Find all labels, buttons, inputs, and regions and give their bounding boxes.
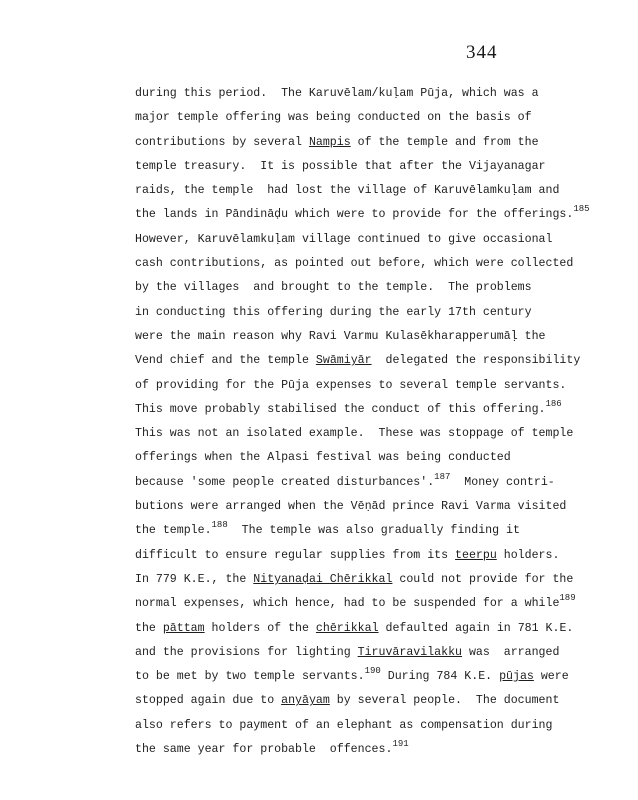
text-segment: holders of the — [205, 622, 316, 635]
text-line: the pāttam holders of the chērikkal defa… — [135, 617, 615, 641]
text-segment: holders. — [497, 549, 560, 562]
footnote-marker: 186 — [546, 399, 562, 409]
text-segment: could not provide for the — [392, 573, 573, 586]
text-line: and the provisions for lighting Tiruvāra… — [135, 641, 615, 665]
text-line: difficult to ensure regular supplies fro… — [135, 544, 615, 568]
text-segment: However, Karuvēlamkuḷam village continue… — [135, 233, 552, 246]
underlined-term: chērikkal — [316, 622, 379, 635]
text-line: temple treasury. It is possible that aft… — [135, 155, 615, 179]
body-text: during this period. The Karuvēlam/kuḷam … — [135, 82, 615, 762]
text-segment: offerings when the Alpasi festival was b… — [135, 451, 511, 464]
text-line: the temple.188 The temple was also gradu… — [135, 519, 615, 543]
text-segment: were — [534, 670, 569, 683]
text-segment: were the main reason why Ravi Varmu Kula… — [135, 330, 546, 343]
text-line: the same year for probable offences.191 — [135, 738, 615, 762]
text-line: were the main reason why Ravi Varmu Kula… — [135, 325, 615, 349]
text-line: However, Karuvēlamkuḷam village continue… — [135, 228, 615, 252]
footnote-marker: 185 — [573, 204, 589, 214]
footnote-marker: 188 — [212, 520, 228, 530]
text-segment: the lands in Pāndināḍu which were to pro… — [135, 208, 573, 221]
text-segment: contributions by several — [135, 136, 309, 149]
text-segment: In 779 K.E., the — [135, 573, 253, 586]
text-line: the lands in Pāndināḍu which were to pro… — [135, 203, 615, 227]
underlined-term: Tiruvāravilakku — [358, 646, 462, 659]
text-line: normal expenses, which hence, had to be … — [135, 592, 615, 616]
text-line: in conducting this offering during the e… — [135, 301, 615, 325]
text-line: This move probably stabilised the conduc… — [135, 398, 615, 422]
text-line: because 'some people created disturbance… — [135, 471, 615, 495]
text-segment: in conducting this offering during the e… — [135, 306, 532, 319]
text-line: In 779 K.E., the Nityanaḍai Chērikkal co… — [135, 568, 615, 592]
text-segment: of the temple and from the — [351, 136, 539, 149]
underlined-term: teerpu — [455, 549, 497, 562]
text-line: raids, the temple had lost the village o… — [135, 179, 615, 203]
footnote-marker: 189 — [559, 593, 575, 603]
text-segment: the same year for probable offences. — [135, 743, 392, 756]
text-segment: defaulted again in 781 K.E. — [379, 622, 574, 635]
footnote-marker: 190 — [365, 666, 381, 676]
text-segment: The temple was also gradually finding it — [228, 524, 520, 537]
text-segment: was arranged — [462, 646, 559, 659]
text-segment: the temple. — [135, 524, 212, 537]
text-segment: major temple offering was being conducte… — [135, 111, 532, 124]
text-line: contributions by several Nampis of the t… — [135, 131, 615, 155]
text-line: by the villages and brought to the templ… — [135, 276, 615, 300]
text-segment: the — [135, 622, 163, 635]
text-line: of providing for the Pūja expenses to se… — [135, 374, 615, 398]
text-segment: and the provisions for lighting — [135, 646, 358, 659]
text-segment: by several people. The document — [330, 694, 560, 707]
document-page: 344 during this period. The Karuvēlam/ku… — [0, 0, 638, 800]
footnote-marker: 187 — [434, 472, 450, 482]
text-segment: raids, the temple had lost the village o… — [135, 184, 559, 197]
text-segment: difficult to ensure regular supplies fro… — [135, 549, 455, 562]
text-segment: by the villages and brought to the templ… — [135, 281, 532, 294]
text-segment: Vend chief and the temple — [135, 354, 316, 367]
text-segment: also refers to payment of an elephant as… — [135, 719, 552, 732]
text-segment: normal expenses, which hence, had to be … — [135, 597, 559, 610]
text-segment: cash contributions, as pointed out befor… — [135, 257, 573, 270]
text-segment: of providing for the Pūja expenses to se… — [135, 379, 566, 392]
text-segment: This move probably stabilised the conduc… — [135, 403, 546, 416]
text-segment: temple treasury. It is possible that aft… — [135, 160, 546, 173]
text-segment: delegated the responsibility — [372, 354, 581, 367]
underlined-term: pūjas — [499, 670, 534, 683]
text-segment: stopped again due to — [135, 694, 281, 707]
text-line: This was not an isolated example. These … — [135, 422, 615, 446]
text-line: stopped again due to anyāyam by several … — [135, 689, 615, 713]
footnote-marker: 191 — [392, 739, 408, 749]
text-line: to be met by two temple servants.190 Dur… — [135, 665, 615, 689]
underlined-term: Swāmiyār — [316, 354, 372, 367]
text-line: cash contributions, as pointed out befor… — [135, 252, 615, 276]
underlined-term: Nampis — [309, 136, 351, 149]
text-line: offerings when the Alpasi festival was b… — [135, 446, 615, 470]
underlined-term: anyāyam — [281, 694, 330, 707]
text-line: during this period. The Karuvēlam/kuḷam … — [135, 82, 615, 106]
text-line: also refers to payment of an elephant as… — [135, 714, 615, 738]
underlined-term: pāttam — [163, 622, 205, 635]
text-segment: This was not an isolated example. These … — [135, 427, 573, 440]
text-segment: During 784 K.E. — [381, 670, 499, 683]
text-segment: Money contri- — [450, 476, 554, 489]
text-segment: during this period. The Karuvēlam/kuḷam … — [135, 87, 539, 100]
page-number: 344 — [466, 42, 498, 64]
text-segment: to be met by two temple servants. — [135, 670, 365, 683]
text-line: major temple offering was being conducte… — [135, 106, 615, 130]
text-segment: because 'some people created disturbance… — [135, 476, 434, 489]
text-segment: butions were arranged when the Vēṇād pri… — [135, 500, 566, 513]
text-line: Vend chief and the temple Swāmiyār deleg… — [135, 349, 615, 373]
text-line: butions were arranged when the Vēṇād pri… — [135, 495, 615, 519]
underlined-term: Nityanaḍai Chērikkal — [253, 573, 392, 586]
